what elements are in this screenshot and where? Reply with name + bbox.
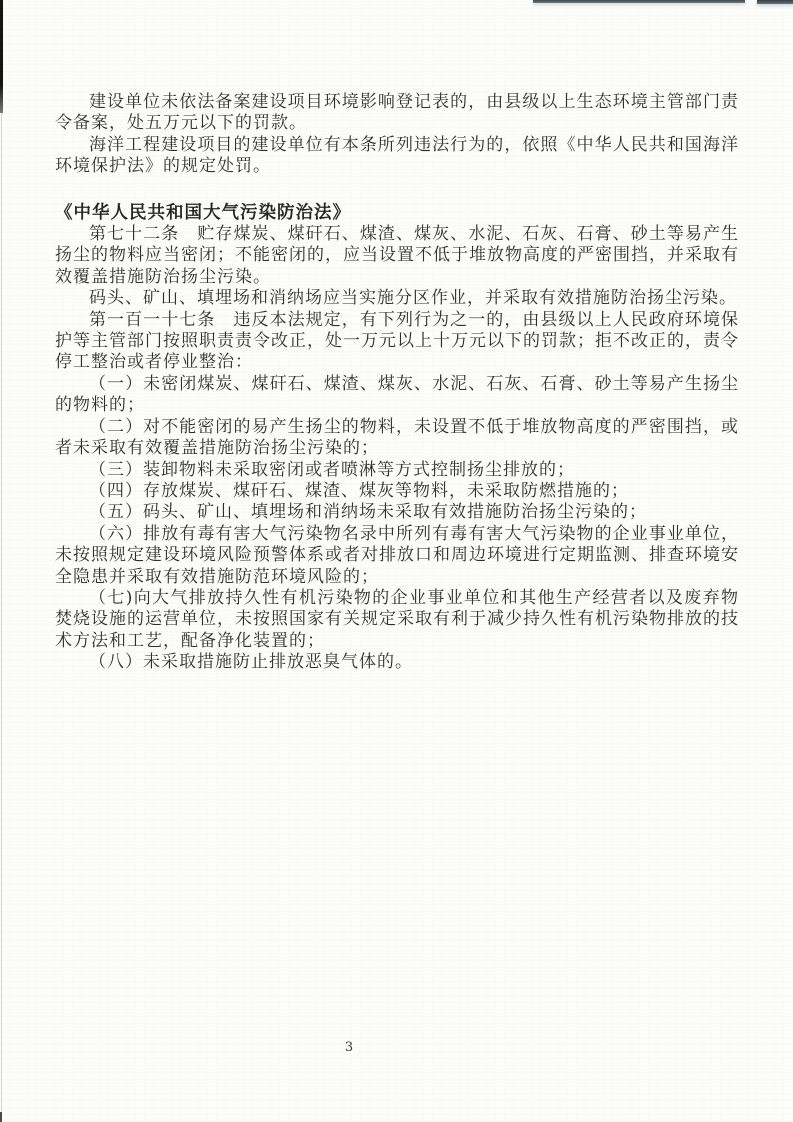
list-item-1: （一）未密闭煤炭、煤矸石、煤渣、煤灰、水泥、石灰、石膏、砂土等易产生扬尘的物料的…	[55, 374, 739, 417]
scan-edge-artifact-left-dark	[0, 0, 3, 113]
paragraph: 海洋工程建设项目的建设单位有本条所列违法行为的，依照《中华人民共和国海洋环境保护…	[55, 135, 739, 178]
paragraph-article-117: 第一百一十七条 违反本法规定，有下列行为之一的，由县级以上人民政府环境保护等主管…	[55, 310, 739, 374]
page-number: 3	[345, 1040, 353, 1056]
scan-edge-artifact-left-line	[1, 113, 2, 1122]
scan-edge-artifact-top	[533, 0, 745, 3]
list-item-3: （三）装卸物料未采取密闭或者喷淋等方式控制扬尘排放的；	[55, 460, 739, 481]
document-page: 建设单位未依法备案建设项目环境影响登记表的，由县级以上生态环境主管部门责令备案，…	[0, 0, 793, 1122]
list-item-6: （六）排放有毒有害大气污染物名录中所列有毒有害大气污染物的企业事业单位，未按照规…	[55, 524, 739, 588]
scan-edge-artifact-top-right	[757, 0, 793, 4]
law-title: 《中华人民共和国大气污染防治法》	[55, 203, 739, 224]
list-item-7: （七)向大气排放持久性有机污染物的企业事业单位和其他生产经营者以及废弃物焚烧设施…	[55, 588, 739, 652]
list-item-5: （五）码头、矿山、填埋场和消纳场未采取有效措施防治扬尘污染的；	[55, 502, 739, 523]
list-item-2: （二）对不能密闭的易产生扬尘的物料，未设置不低于堆放物高度的严密围挡，或者未采取…	[55, 417, 739, 460]
document-text-block: 建设单位未依法备案建设项目环境影响登记表的，由县级以上生态环境主管部门责令备案，…	[55, 92, 739, 674]
list-item-4: （四）存放煤炭、煤矸石、煤渣、煤灰等物料，未采取防燃措施的；	[55, 481, 739, 502]
paragraph: 建设单位未依法备案建设项目环境影响登记表的，由县级以上生态环境主管部门责令备案，…	[55, 92, 739, 135]
paragraph: 码头、矿山、填埋场和消纳场应当实施分区作业，并采取有效措施防治扬尘污染。	[55, 288, 739, 309]
list-item-8: （八）未采取措施防止排放恶臭气体的。	[55, 652, 739, 673]
scan-edge-artifact-bottom-left	[0, 1112, 2, 1122]
paragraph-article-72: 第七十二条 贮存煤炭、煤矸石、煤渣、煤灰、水泥、石灰、石膏、砂土等易产生扬尘的物…	[55, 224, 739, 288]
